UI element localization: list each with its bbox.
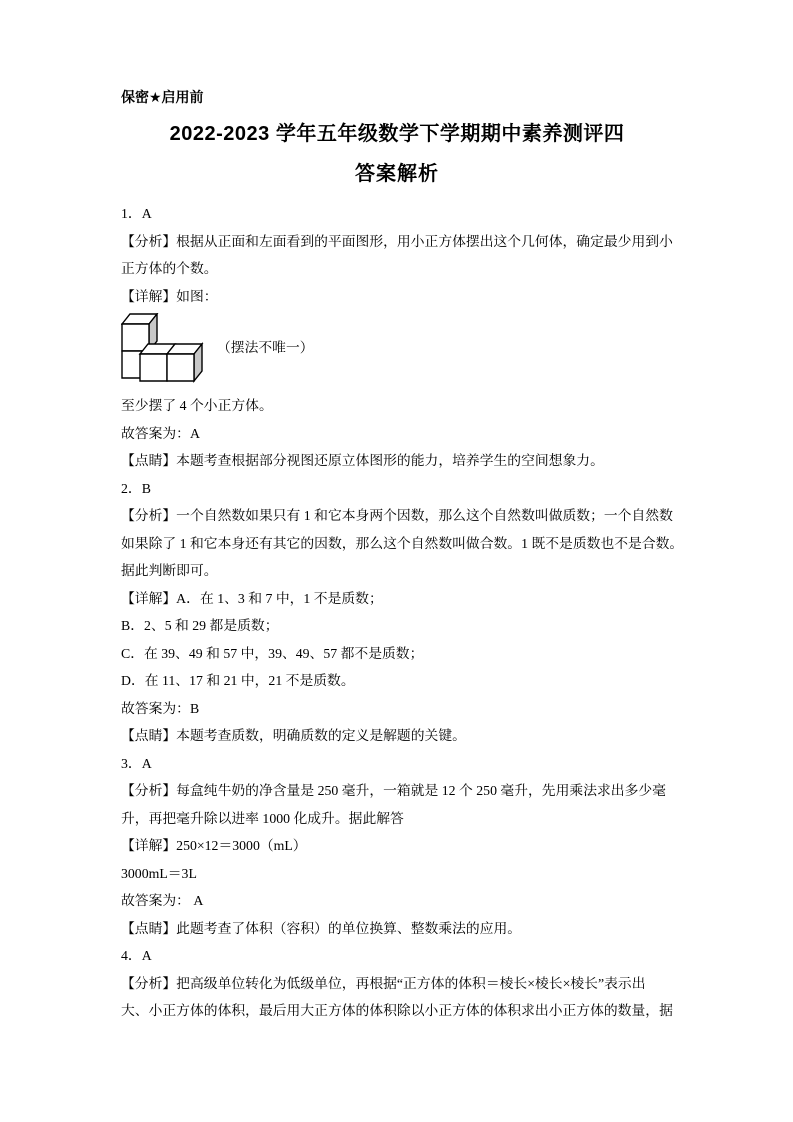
q2-detail-option-b: B．2、5 和 29 都是质数； bbox=[121, 612, 673, 640]
q3-analysis-line1: 【分析】每盒纯牛奶的净含量是 250 毫升，一箱就是 12 个 250 毫升，先… bbox=[121, 777, 673, 805]
q1-answer: 1．A bbox=[121, 200, 673, 228]
q2-analysis-line3: 据此判断即可。 bbox=[121, 557, 673, 585]
page-title: 2022-2023 学年五年级数学下学期期中素养测评四 bbox=[121, 120, 673, 148]
q1-detail-conclusion: 至少摆了 4 个小正方体。 bbox=[121, 392, 673, 420]
q4-answer: 4．A bbox=[121, 942, 673, 970]
page-subtitle: 答案解析 bbox=[121, 160, 673, 188]
q2-final-answer: 故答案为：B bbox=[121, 695, 673, 723]
q2-keypoint: 【点睛】本题考查质数，明确质数的定义是解题的关键。 bbox=[121, 722, 673, 750]
cubes-diagram: （摆法不唯一） bbox=[121, 313, 673, 383]
document-page: 保密★启用前 2022-2023 学年五年级数学下学期期中素养测评四 答案解析 … bbox=[0, 0, 793, 1122]
q2-answer: 2．B bbox=[121, 475, 673, 503]
q1-final-answer: 故答案为：A bbox=[121, 420, 673, 448]
q3-final-answer: 故答案为： A bbox=[121, 887, 673, 915]
q4-analysis-line2: 大、小正方体的体积，最后用大正方体的体积除以小正方体的体积求出小正方体的数量，据 bbox=[121, 997, 673, 1025]
cube-front-face bbox=[140, 354, 167, 381]
q4-analysis-line1: 【分析】把高级单位转化为低级单位，再根据“正方体的体积＝棱长×棱长×棱长”表示出 bbox=[121, 970, 673, 998]
q3-detail-calc2: 3000mL＝3L bbox=[121, 860, 673, 888]
q3-detail-calc1: 【详解】250×12＝3000（mL） bbox=[121, 832, 673, 860]
cubes-figure bbox=[121, 313, 204, 383]
q1-keypoint: 【点睛】本题考查根据部分视图还原立体图形的能力，培养学生的空间想象力。 bbox=[121, 447, 673, 475]
q3-analysis-line2: 升，再把毫升除以进率 1000 化成升。据此解答 bbox=[121, 805, 673, 833]
answer-content: 1．A 【分析】根据从正面和左面看到的平面图形，用小正方体摆出这个几何体，确定最… bbox=[121, 200, 673, 1025]
q2-detail-option-d: D．在 11、17 和 21 中，21 不是质数。 bbox=[121, 667, 673, 695]
q1-analysis-line1: 【分析】根据从正面和左面看到的平面图形，用小正方体摆出这个几何体，确定最少用到小 bbox=[121, 228, 673, 256]
q3-answer: 3．A bbox=[121, 750, 673, 778]
q1-detail-label: 【详解】如图： bbox=[121, 283, 673, 311]
cube-front-face bbox=[167, 354, 194, 381]
q2-detail-option-a: 【详解】A．在 1、3 和 7 中，1 不是质数； bbox=[121, 585, 673, 613]
q1-analysis-line2: 正方体的个数。 bbox=[121, 255, 673, 283]
diagram-caption: （摆法不唯一） bbox=[217, 334, 314, 362]
q3-keypoint: 【点睛】此题考查了体积（容积）的单位换算、整数乘法的应用。 bbox=[121, 915, 673, 943]
confidential-notice: 保密★启用前 bbox=[121, 88, 673, 106]
q2-analysis-line1: 【分析】一个自然数如果只有 1 和它本身两个因数，那么这个自然数叫做质数；一个自… bbox=[121, 502, 673, 530]
q2-analysis-line2: 如果除了 1 和它本身还有其它的因数，那么这个自然数叫做合数。1 既不是质数也不… bbox=[121, 530, 673, 558]
q2-detail-option-c: C．在 39、49 和 57 中，39、49、57 都不是质数； bbox=[121, 640, 673, 668]
